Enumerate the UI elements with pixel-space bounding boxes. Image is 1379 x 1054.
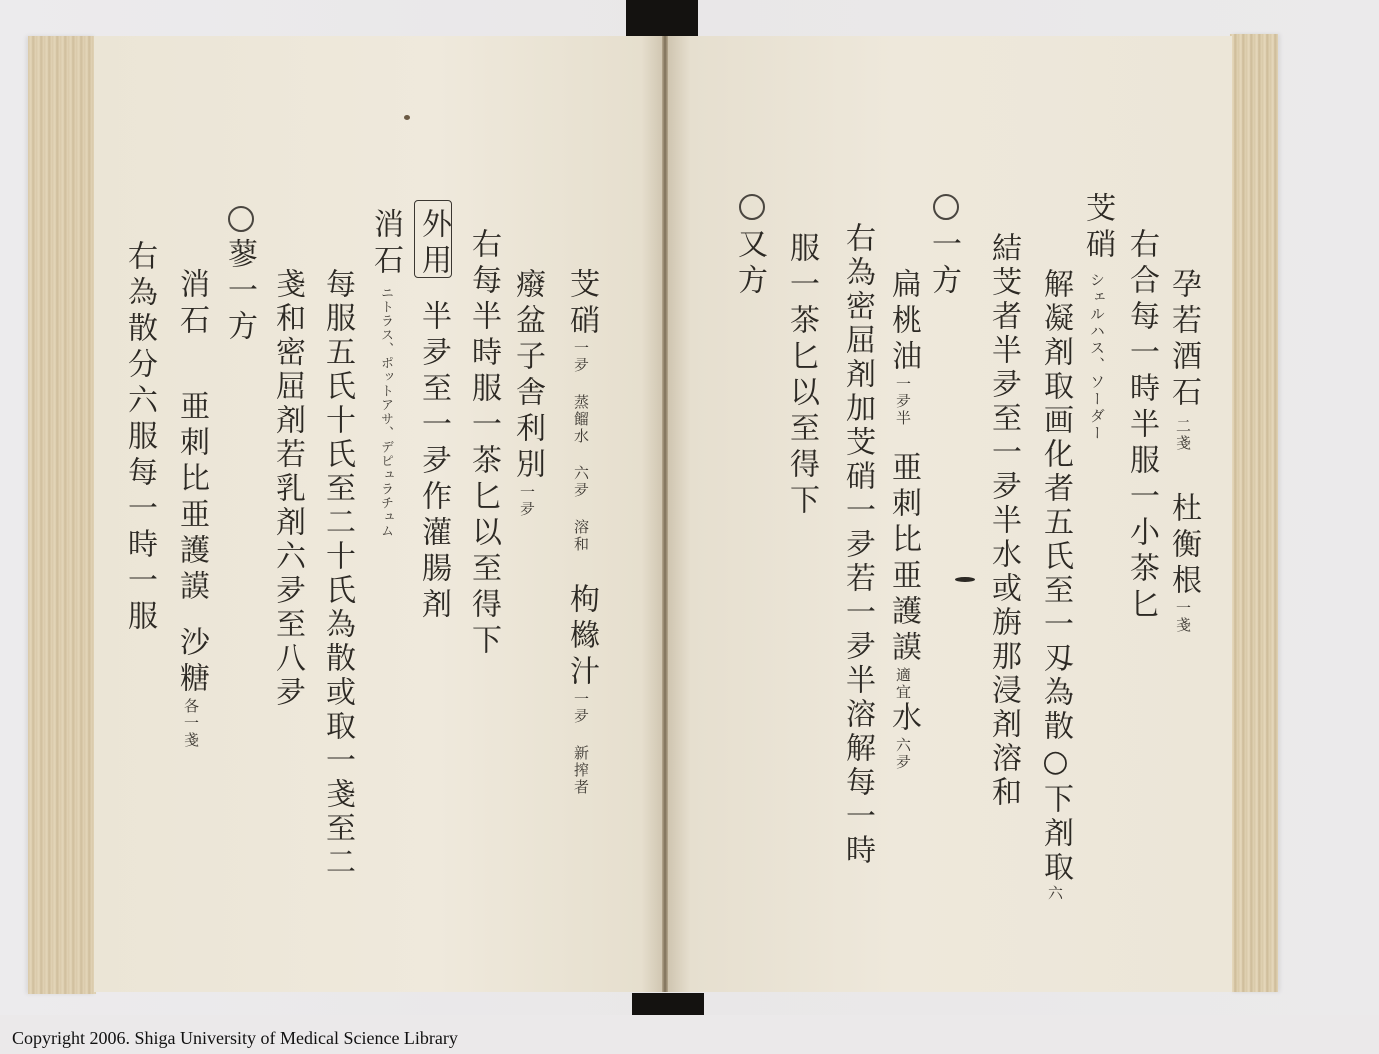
annotation: 適宜 bbox=[894, 667, 912, 701]
section-heading: 蓼一方 bbox=[224, 238, 254, 346]
annotation: 一夛 bbox=[518, 484, 536, 518]
book-spine-bottom bbox=[632, 993, 704, 1015]
text-column: 右合每一時半服一小茶匕 bbox=[1126, 228, 1156, 624]
annotation: 一戔 bbox=[1174, 600, 1192, 634]
column-text: 癈盆子舎利別 bbox=[510, 268, 545, 484]
text-column: 右每半時服一茶匕以至得下 bbox=[468, 228, 498, 660]
annotation: 一夛 新搾者 bbox=[572, 691, 590, 796]
column-text: 水 bbox=[886, 701, 921, 737]
section-heading: 一方 bbox=[928, 228, 958, 300]
circle-mark-icon bbox=[739, 194, 765, 220]
text-column: 芠硝一夛 蒸餾水 六夛 溶和枸櫞汁一夛 新搾者 bbox=[566, 268, 596, 796]
page-edges-right bbox=[1230, 34, 1278, 992]
page-edges-left bbox=[28, 36, 96, 994]
text-column: 戔和密屈剤若乳剤六夛至八夛 bbox=[272, 268, 302, 710]
annotation: 一夛半 bbox=[894, 376, 912, 427]
column-text: 孕若酒石 bbox=[1166, 268, 1201, 412]
column-text: 右為散分六服每一時一服 bbox=[122, 240, 157, 636]
annotation: 一夛 蒸餾水 六夛 溶和 bbox=[572, 340, 590, 553]
text-column: 右為散分六服每一時一服 bbox=[124, 240, 154, 636]
text-column: 服一茶匕以至得下 bbox=[786, 232, 816, 520]
text-column: 解凝剤取画化者五氏至一刄為散○下剤取六 bbox=[1040, 268, 1070, 902]
column-text: 杜衡根 bbox=[1166, 492, 1201, 600]
column-text: 右每半時服一茶匕以至得下 bbox=[466, 228, 501, 660]
column-text: 扁桃油 bbox=[886, 268, 921, 376]
column-text: 亜刺比亜護謨 bbox=[174, 390, 209, 606]
annotation: 六夛 bbox=[894, 737, 912, 771]
text-column: 外用半夛至一夛作灌腸剤 bbox=[418, 208, 448, 624]
text-column: 每服五氏十氏至二十氏為散或取一戔至二 bbox=[322, 268, 352, 880]
column-text: 消石 bbox=[174, 268, 209, 340]
column-text: 又方 bbox=[732, 228, 767, 300]
column-text: 結芠者半夛至一夛半水或旃那浸剤溶和 bbox=[986, 232, 1021, 810]
text-column: 孕若酒石二戔杜衡根一戔 bbox=[1168, 268, 1198, 634]
annotation: シェルハス、ソーダー bbox=[1088, 272, 1106, 442]
text-column: 扁桃油一夛半亜刺比亜護謨適宜水六夛 bbox=[888, 268, 918, 771]
column-text: 芠硝 bbox=[1080, 192, 1115, 264]
text-column: 右為密屈剤加芠硝一夛若一夛半溶解每一時 bbox=[842, 222, 872, 868]
ink-smudge bbox=[955, 577, 975, 582]
copyright-notice: Copyright 2006. Shiga University of Medi… bbox=[12, 1028, 458, 1049]
column-text: 戔和密屈剤若乳剤六夛至八夛 bbox=[270, 268, 305, 710]
bracket-label: 外用 bbox=[416, 208, 451, 280]
circle-mark-icon bbox=[228, 206, 254, 232]
column-text: 沙糖 bbox=[174, 626, 209, 698]
ink-dot bbox=[404, 115, 410, 120]
column-text: 一方 bbox=[926, 228, 961, 300]
text-column: 芠硝シェルハス、ソーダー bbox=[1082, 192, 1112, 442]
column-text: 枸櫞汁 bbox=[564, 583, 599, 691]
annotation: 各一戔 bbox=[182, 698, 200, 749]
annotation: 六 bbox=[1046, 885, 1064, 902]
text-column: 癈盆子舎利別一夛 bbox=[512, 268, 542, 518]
column-text: 服一茶匕以至得下 bbox=[784, 232, 819, 520]
text-column: 消石亜刺比亜護謨沙糖各一戔 bbox=[176, 268, 206, 749]
book-gutter bbox=[662, 36, 668, 992]
column-text: 芠硝 bbox=[564, 268, 599, 340]
text-column: 結芠者半夛至一夛半水或旃那浸剤溶和 bbox=[988, 232, 1018, 810]
open-book bbox=[28, 34, 1278, 996]
column-text: 亜刺比亜護謨 bbox=[886, 451, 921, 667]
annotation: ニトラス、ポットアサ、デピュラチュム bbox=[378, 286, 393, 538]
circle-mark-icon bbox=[933, 194, 959, 220]
column-text: 每服五氏十氏至二十氏為散或取一戔至二 bbox=[320, 268, 355, 880]
column-text: 半夛至一夛作灌腸剤 bbox=[416, 300, 451, 624]
column-text: 右合每一時半服一小茶匕 bbox=[1124, 228, 1159, 624]
text-column: 消石ニトラス、ポットアサ、デピュラチュム bbox=[370, 208, 400, 538]
column-text: 解凝剤取画化者五氏至一刄為散○下剤取 bbox=[1038, 268, 1073, 885]
column-text: 右為密屈剤加芠硝一夛若一夛半溶解每一時 bbox=[840, 222, 875, 868]
annotation: 二戔 bbox=[1174, 418, 1192, 452]
column-text: 消石 bbox=[368, 208, 403, 280]
column-text: 蓼一方 bbox=[222, 238, 257, 346]
section-heading: 又方 bbox=[734, 228, 764, 300]
